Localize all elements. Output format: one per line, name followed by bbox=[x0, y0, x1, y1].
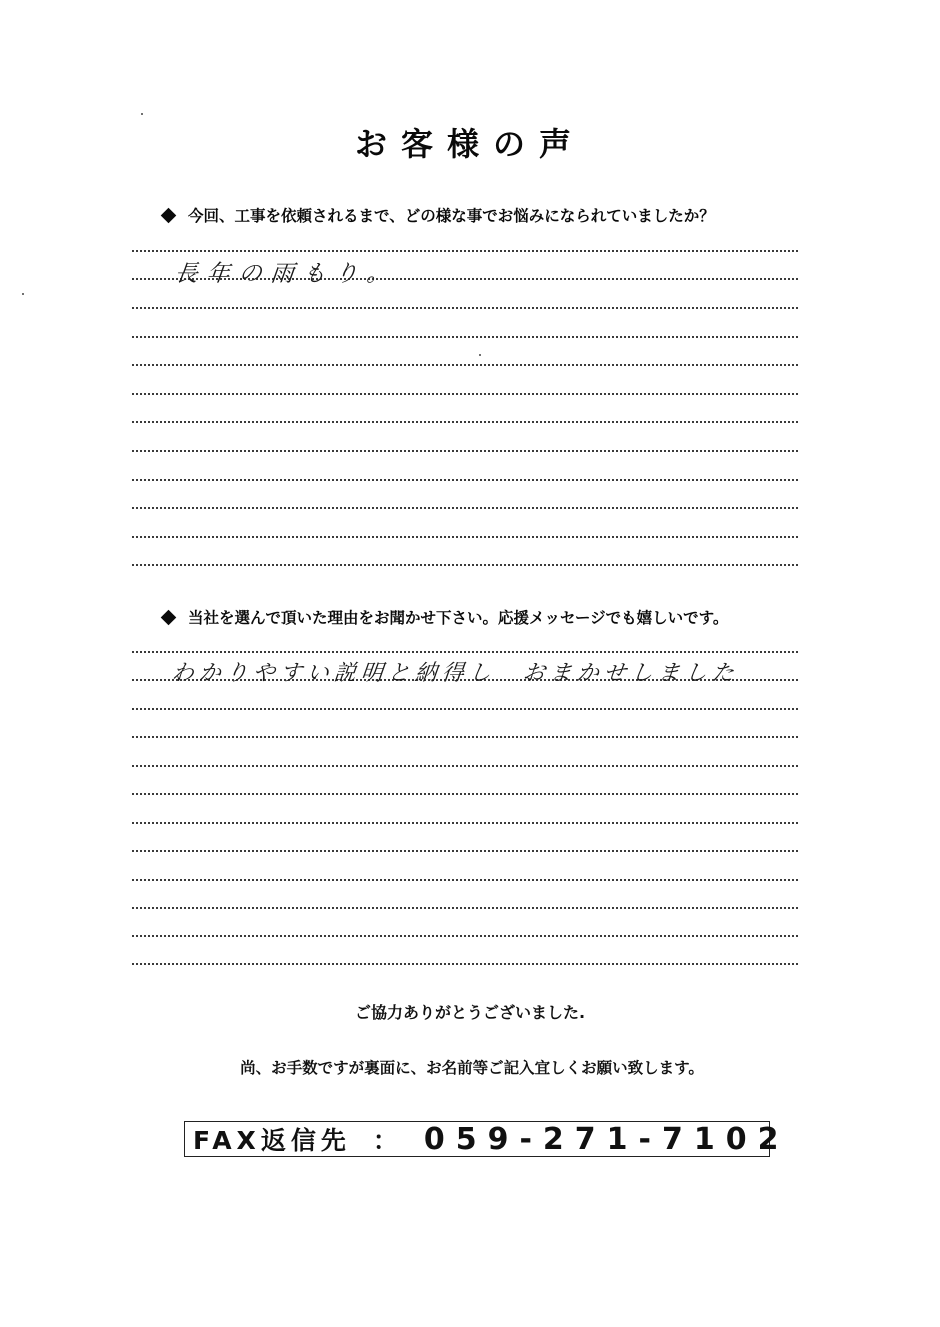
dotted-rule bbox=[132, 879, 798, 881]
diamond-bullet-icon bbox=[161, 208, 177, 224]
question-2: 当社を選んで頂いた理由をお聞かせ下さい。応援メッセージでも嬉しいです。 bbox=[159, 607, 728, 629]
dotted-rule bbox=[132, 708, 798, 710]
request-message: 尚、お手数ですが裏面に、お名前等ご記入宜しくお願い致します。 bbox=[0, 1056, 940, 1080]
fax-return-box: FAX返信先 ： 059-271-7102 bbox=[184, 1121, 770, 1157]
dotted-rule bbox=[132, 336, 798, 338]
dotted-rule bbox=[132, 421, 798, 423]
dotted-rule bbox=[132, 651, 798, 653]
dotted-rule bbox=[132, 822, 798, 824]
dotted-rule bbox=[132, 479, 798, 481]
dotted-rule bbox=[132, 450, 798, 452]
page-title: お客様の声 bbox=[0, 122, 940, 166]
dotted-rule bbox=[132, 907, 798, 909]
scan-speck bbox=[141, 113, 143, 115]
question-1-text: 今回、工事を依頼されるまで、どの様な事でお悩みになられていましたか？ bbox=[188, 207, 715, 225]
answer-2-handwriting: わかりやすい説明と納得し おまかせしました bbox=[170, 656, 740, 687]
thanks-message: ご協力ありがとうございました. bbox=[0, 1001, 940, 1025]
dotted-rule bbox=[132, 536, 798, 538]
dotted-rule bbox=[132, 250, 798, 252]
dotted-rule bbox=[132, 850, 798, 852]
question-2-text: 当社を選んで頂いた理由をお聞かせ下さい。応援メッセージでも嬉しいです。 bbox=[188, 609, 728, 627]
answer-1-handwriting: 長年の雨もり。 bbox=[173, 255, 400, 288]
answer-2-lines bbox=[132, 651, 798, 971]
scan-speck bbox=[22, 293, 24, 295]
dotted-rule bbox=[132, 935, 798, 937]
dotted-rule bbox=[132, 564, 798, 566]
dotted-rule bbox=[132, 765, 798, 767]
dotted-rule bbox=[132, 507, 798, 509]
diamond-bullet-icon bbox=[161, 610, 177, 626]
dotted-rule bbox=[132, 364, 798, 366]
dotted-rule bbox=[132, 963, 798, 965]
question-1: 今回、工事を依頼されるまで、どの様な事でお悩みになられていましたか？ bbox=[159, 205, 715, 227]
dotted-rule bbox=[132, 793, 798, 795]
fax-colon: ： bbox=[373, 1121, 398, 1157]
fax-label: FAX返信先 bbox=[193, 1121, 351, 1157]
dotted-rule bbox=[132, 393, 798, 395]
dotted-rule bbox=[132, 307, 798, 309]
dotted-rule bbox=[132, 736, 798, 738]
answer-1-lines bbox=[132, 250, 798, 570]
fax-number: 059-271-7102 bbox=[424, 1122, 790, 1157]
scan-speck bbox=[479, 354, 481, 356]
